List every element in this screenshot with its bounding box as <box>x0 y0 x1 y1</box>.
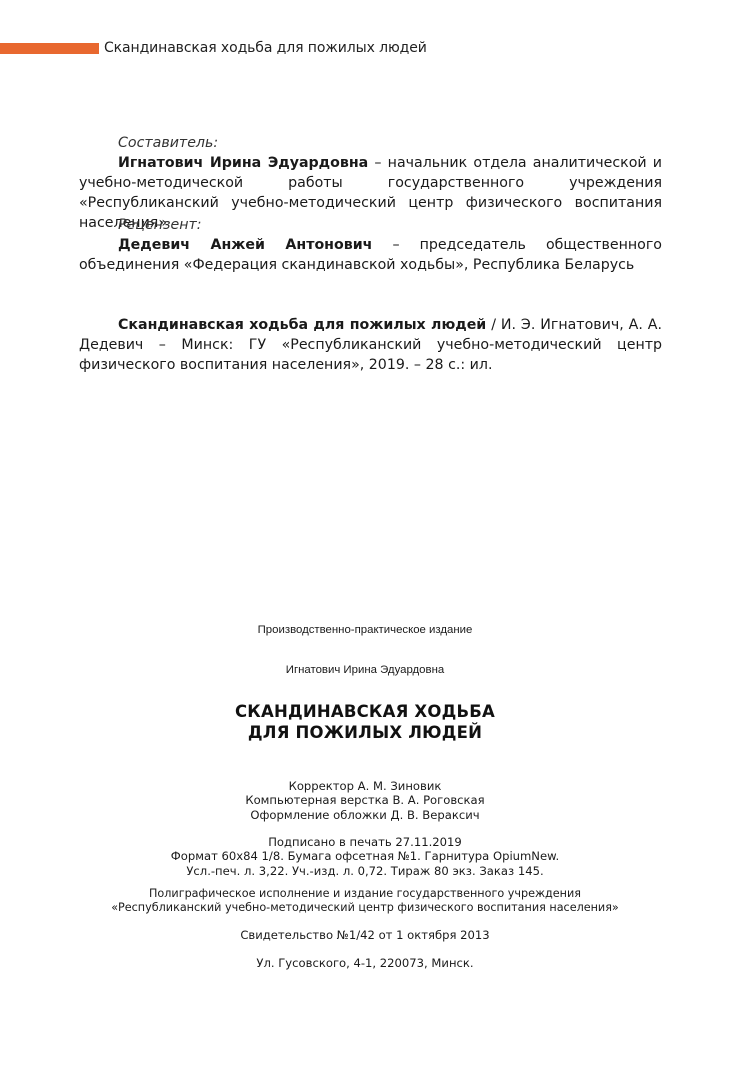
publisher-info: Полиграфическое исполнение и издание гос… <box>0 887 730 916</box>
reviewer-name: Дедевич Анжей Антонович <box>118 237 372 253</box>
reviewer-paragraph: Дедевич Анжей Антонович – председатель о… <box>79 235 662 275</box>
credit-line: Оформление обложки Д. В. Вераксич <box>0 808 730 822</box>
print-info: Подписано в печать 27.11.2019 Формат 60x… <box>0 835 730 878</box>
edition-type: Производственно-практическое издание <box>0 624 730 636</box>
reviewer-section: Рецензент: Дедевич Анжей Антонович – пре… <box>79 215 662 275</box>
credit-line: Корректор А. М. Зиновик <box>0 779 730 793</box>
book-title: СКАНДИНАВСКАЯ ХОДЬБА ДЛЯ ПОЖИЛЫХ ЛЮДЕЙ <box>0 701 730 743</box>
reviewer-label: Рецензент: <box>79 215 662 235</box>
certificate: Свидетельство №1/42 от 1 октября 2013 <box>0 928 730 942</box>
book-title-line: ДЛЯ ПОЖИЛЫХ ЛЮДЕЙ <box>0 722 730 743</box>
running-header: Скандинавская ходьба для пожилых людей <box>0 38 427 58</box>
citation-paragraph: Скандинавская ходьба для пожилых людей /… <box>79 315 662 375</box>
compiler-name: Игнатович Ирина Эдуардовна <box>118 155 368 171</box>
compiler-label: Составитель: <box>79 133 662 153</box>
print-info-line: Подписано в печать 27.11.2019 <box>0 835 730 849</box>
print-info-line: Усл.-печ. л. 3,22. Уч.-изд. л. 0,72. Тир… <box>0 864 730 878</box>
citation-title: Скандинавская ходьба для пожилых людей <box>118 317 486 333</box>
publisher-line: «Республиканский учебно-методический цен… <box>0 901 730 915</box>
book-title-line: СКАНДИНАВСКАЯ ХОДЬБА <box>0 701 730 722</box>
publisher-line: Полиграфическое исполнение и издание гос… <box>0 887 730 901</box>
credits: Корректор А. М. Зиновик Компьютерная вер… <box>0 779 730 822</box>
header-accent-bar <box>0 43 99 54</box>
running-title: Скандинавская ходьба для пожилых людей <box>104 40 427 56</box>
print-info-line: Формат 60x84 1/8. Бумага офсетная №1. Га… <box>0 849 730 863</box>
credit-line: Компьютерная верстка В. А. Роговская <box>0 793 730 807</box>
bibliographic-citation: Скандинавская ходьба для пожилых людей /… <box>79 315 662 375</box>
address: Ул. Гусовского, 4-1, 220073, Минск. <box>0 956 730 970</box>
imprint-author: Игнатович Ирина Эдуардовна <box>0 664 730 676</box>
